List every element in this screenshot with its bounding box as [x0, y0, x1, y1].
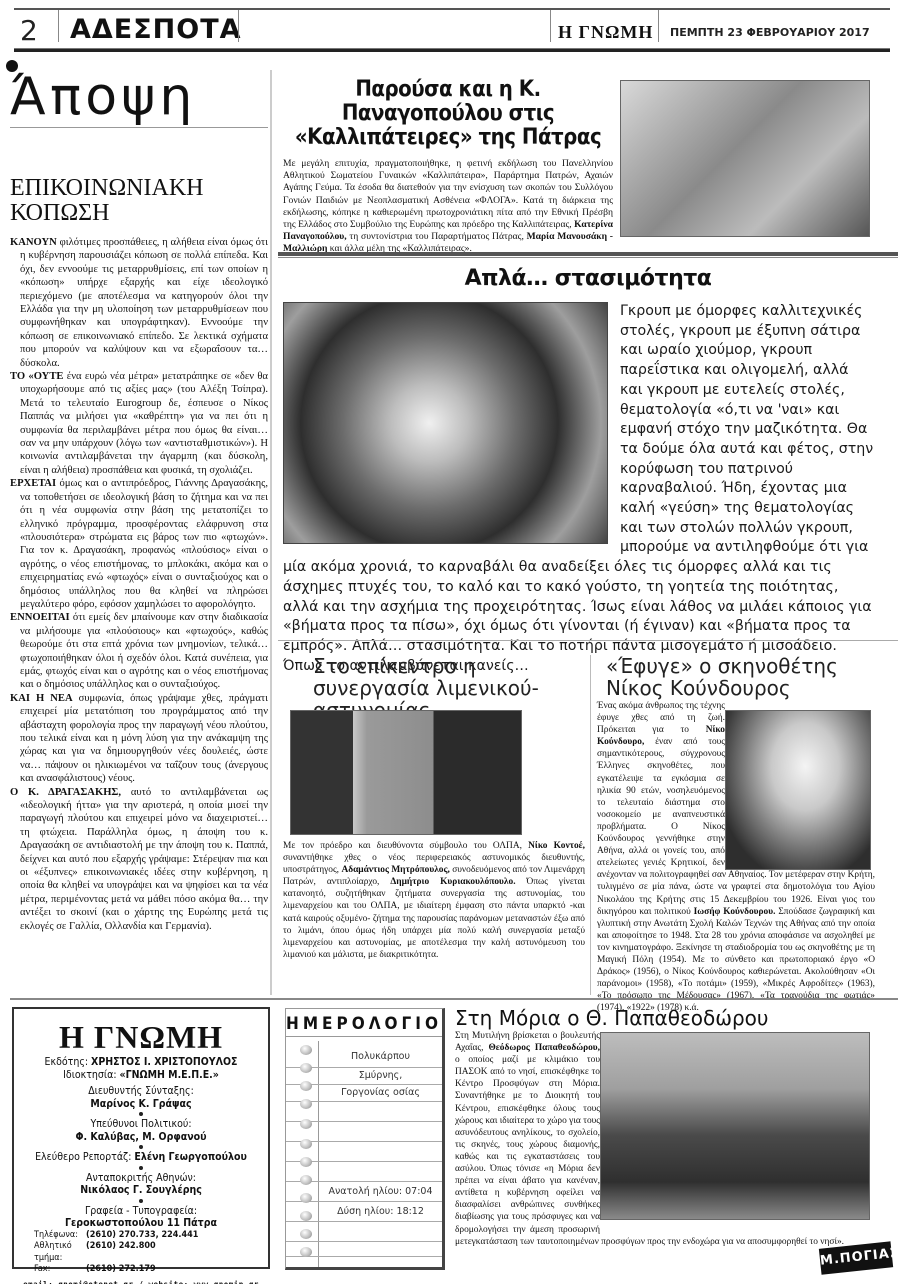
- paragraph: ΤΟ «ΟΥΤΕ ένα ευρώ νέα μέτρα» μετατράπηκε…: [10, 370, 268, 477]
- politics-label: Υπεύθυνοι Πολιτικού:: [14, 1118, 268, 1131]
- paper-logo: Η ΓΝΩΜΗ: [558, 22, 653, 43]
- story-body: Ένας ακόμα άνθρωπος της τέχνης έφυγε χθε…: [597, 700, 875, 1014]
- spiral-ring-icon: [300, 1157, 312, 1167]
- athens-name: Νικόλαος Γ. Σουγλέρης: [14, 1184, 268, 1197]
- story-body: Με τον πρόεδρο και διευθύνοντα σύμβουλο …: [283, 840, 585, 961]
- section-rule: [10, 998, 898, 1000]
- imprint-box: Η ΓΝΩΜΗ Εκδότης: ΧΡΗΣΤΟΣ Ι. ΧΡΙΣΤΟΠΟΥΛΟΣ…: [12, 1007, 270, 1269]
- section-title: ΑΔΕΣΠΟΤΑ: [70, 14, 242, 45]
- story-body: Με μεγάλη επιτυχία, πραγματοποιήθηκε, η …: [283, 158, 613, 256]
- carnival-headline: Απλά… στασιμότητα: [278, 266, 898, 291]
- contact-link[interactable]: email: gnomi@otenet.gr / website: www.gn…: [14, 1280, 268, 1284]
- saint-name: Πολυκάρπου: [319, 1051, 442, 1062]
- koundouros-headline: «Έφυγε» ο σκηνοθέτης Νίκος Κούνδουρος: [596, 655, 896, 699]
- column-divider: [590, 655, 591, 995]
- story-headline: Παρούσα και η Κ. Παναγοπούλου στις «Καλλ…: [283, 78, 613, 150]
- saint-name: Γοργονίας οσίας: [319, 1087, 442, 1098]
- spiral-ring-icon: [300, 1229, 312, 1239]
- paragraph: Ο Κ. ΔΡΑΓΑΣΑΚΗΣ, αυτό το αντιλαμβάνεται …: [10, 786, 268, 933]
- three-officials-photo: [290, 710, 522, 835]
- women-cutting-pie-photo: [620, 80, 870, 237]
- divider: [550, 10, 551, 42]
- photo-spacer: [600, 1030, 855, 1228]
- bullet-icon: [6, 60, 18, 72]
- calendar-title: ΗΜΕΡΟΛΟΓΙΟ: [286, 1009, 442, 1037]
- spiral-ring-icon: [300, 1081, 312, 1091]
- divider: [238, 10, 239, 42]
- owner: Ιδιοκτησία: «ΓΝΩΜΗ Μ.Ε.Π.Ε.»: [14, 1069, 268, 1082]
- carnival-body: Γκρουπ με όμορφες καλλιτεχνικές στολές, …: [283, 302, 875, 676]
- offices-address: Γεροκωστοπούλου 11 Πάτρα: [14, 1217, 268, 1230]
- opinion-headline: ΕΠΙΚΟΙΝΩΝΙΑΚΗ ΚΟΠΩΣΗ: [10, 176, 268, 226]
- divider: [658, 10, 659, 42]
- spiral-ring-icon: [300, 1247, 312, 1257]
- spiral-ring-icon: [300, 1139, 312, 1149]
- publisher: Εκδότης: ΧΡΗΣΤΟΣ Ι. ΧΡΙΣΤΟΠΟΥΛΟΣ: [14, 1056, 268, 1069]
- bullet-icon: [139, 1145, 143, 1149]
- bullet-icon: [139, 1199, 143, 1203]
- phone-row: Fax:(2610) 272.179: [14, 1264, 268, 1276]
- masthead: 2 ΑΔΕΣΠΟΤΑ Η ΓΝΩΜΗ ΠΕΜΠΤΗ 23 ΦΕΒΡΟΥΑΡΙΟΥ…: [10, 4, 890, 52]
- top-rule: [14, 8, 890, 10]
- calendar-box: ΗΜΕΡΟΛΟΓΙΟ Πολυκάρπου Σμύρνης, Γοργονίας…: [285, 1008, 445, 1270]
- paragraph: ΕΝΝΟΕΙΤΑΙ ότι εμείς δεν μπαίνουμε καν στ…: [10, 611, 268, 691]
- section-rule: [278, 252, 898, 258]
- offices-label: Γραφεία - Τυπογραφεία:: [14, 1205, 268, 1218]
- section-rule: [278, 640, 898, 641]
- opinion-body: ΚΑΝΟΥΝ φιλότιμες προσπάθειες, η αλήθεια …: [10, 236, 268, 933]
- moria-headline: Στη Μόρια ο Θ. Παπαθεοδώρου: [455, 1006, 768, 1030]
- bullet-icon: [139, 1112, 143, 1116]
- photo-spacer: [725, 700, 875, 868]
- politics-names: Φ. Καλύβας, Μ. Ορφανού: [14, 1131, 268, 1144]
- photo-spacer: [283, 302, 620, 542]
- story-body: Στη Μυτιλήνη βρίσκεται ο βουλευτής Αχαΐα…: [455, 1030, 855, 1248]
- opinion-column: Άποψη ΕΠΙΚΟΙΝΩΝΙΑΚΗ ΚΟΠΩΣΗ ΚΑΝΟΥΝ φιλότι…: [10, 70, 268, 933]
- issue-date: ΠΕΜΠΤΗ 23 ΦΕΒΡΟΥΑΡΙΟΥ 2017: [670, 26, 870, 39]
- bottom-rule: [14, 48, 890, 52]
- paper-logo: Η ΓΝΩΜΗ: [14, 1019, 268, 1056]
- spiral-ring-icon: [300, 1211, 312, 1221]
- athens-label: Ανταποκριτής Αθηνών:: [14, 1172, 268, 1185]
- spiral-ring-icon: [300, 1063, 312, 1073]
- report: Ελεύθερο Ρεπορτάζ: Ελένη Γεωργοπούλου: [14, 1151, 268, 1164]
- spiral-ring-icon: [300, 1175, 312, 1185]
- column-divider: [270, 70, 272, 995]
- bullet-icon: [139, 1166, 143, 1170]
- sunset-time: Δύση ηλίου: 18:12: [319, 1206, 442, 1217]
- spiral-ring-icon: [300, 1119, 312, 1129]
- page-number: 2: [20, 14, 38, 47]
- opinion-column-title: Άποψη: [10, 70, 268, 128]
- saint-name: Σμύρνης,: [319, 1070, 442, 1081]
- paragraph: ΚΑΝΟΥΝ φιλότιμες προσπάθειες, η αλήθεια …: [10, 236, 268, 370]
- editor-name: Μαρίνος Κ. Γράψας: [14, 1098, 268, 1111]
- spiral-ring-icon: [300, 1099, 312, 1109]
- paragraph: ΚΑΙ Η ΝΕΑ συμφωνία, όπως γράψαμε χθες, π…: [10, 692, 268, 786]
- phone-row: Αθλητικό τμήμα:(2610) 242.800: [14, 1241, 268, 1264]
- spiral-ring-icon: [300, 1193, 312, 1203]
- spiral-ring-icon: [300, 1045, 312, 1055]
- divider: [58, 10, 59, 42]
- notebook-lines: Πολυκάρπου Σμύρνης, Γοργονίας οσίας Ανατ…: [286, 1041, 442, 1267]
- paragraph: ΕΡΧΕΤΑΙ όμως και ο αντιπρόεδρος, Γιάννης…: [10, 477, 268, 611]
- phone-row: Τηλέφωνα:(2610) 270.733, 224.441: [14, 1230, 268, 1242]
- sunrise-time: Ανατολή ηλίου: 07:04: [319, 1186, 442, 1197]
- editor-label: Διευθυντής Σύνταξης:: [14, 1085, 268, 1098]
- story-kallipateira: Παρούσα και η Κ. Παναγοπούλου στις «Καλλ…: [283, 78, 613, 256]
